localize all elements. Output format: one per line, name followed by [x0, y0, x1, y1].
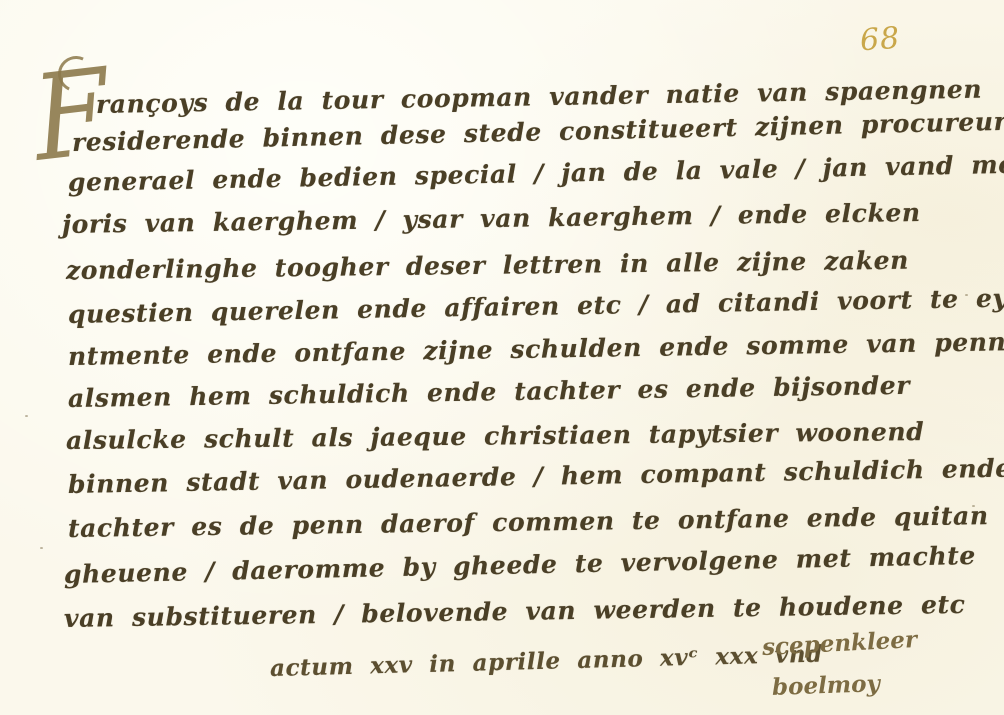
- manuscript-body: rançoys de la tour coopman vander natie…: [0, 0, 1004, 715]
- manuscript-line-9: alsulcke schult als jaeque christiaen ta…: [66, 417, 925, 455]
- manuscript-line-8: alsmen hem schuldich ende tachter es end…: [68, 371, 910, 413]
- manuscript-line-6: questien querelen ende affairen etc / ad…: [68, 282, 1004, 329]
- ink-speck: [40, 547, 43, 549]
- signature-lower: boelmoy: [772, 670, 881, 701]
- manuscript-line-13: van substitueren / belovende van weerden…: [64, 590, 966, 633]
- manuscript-page: 68 F rançoys de la tour coopman vander …: [0, 0, 1004, 715]
- manuscript-line-7: ntmente ende ontfane zijne schulden ende…: [68, 327, 1004, 371]
- manuscript-line-11: tachter es de penn daerof commen te ontf…: [68, 501, 1004, 543]
- ink-speck: [25, 415, 28, 417]
- manuscript-line-10: binnen stadt van oudenaerde / hem compan…: [68, 454, 1004, 499]
- manuscript-line-5: zonderlinghe toogher deser lettren in al…: [66, 246, 909, 285]
- manuscript-line-4: joris van kaerghem / ysar van kaerghem /…: [62, 198, 921, 239]
- ink-speck: [965, 294, 968, 296]
- ink-speck: [972, 505, 975, 507]
- manuscript-line-12: gheuene / daeromme by gheede te vervolge…: [64, 541, 976, 589]
- manuscript-line-3: generael ende bedien special / jan de la…: [68, 149, 1004, 197]
